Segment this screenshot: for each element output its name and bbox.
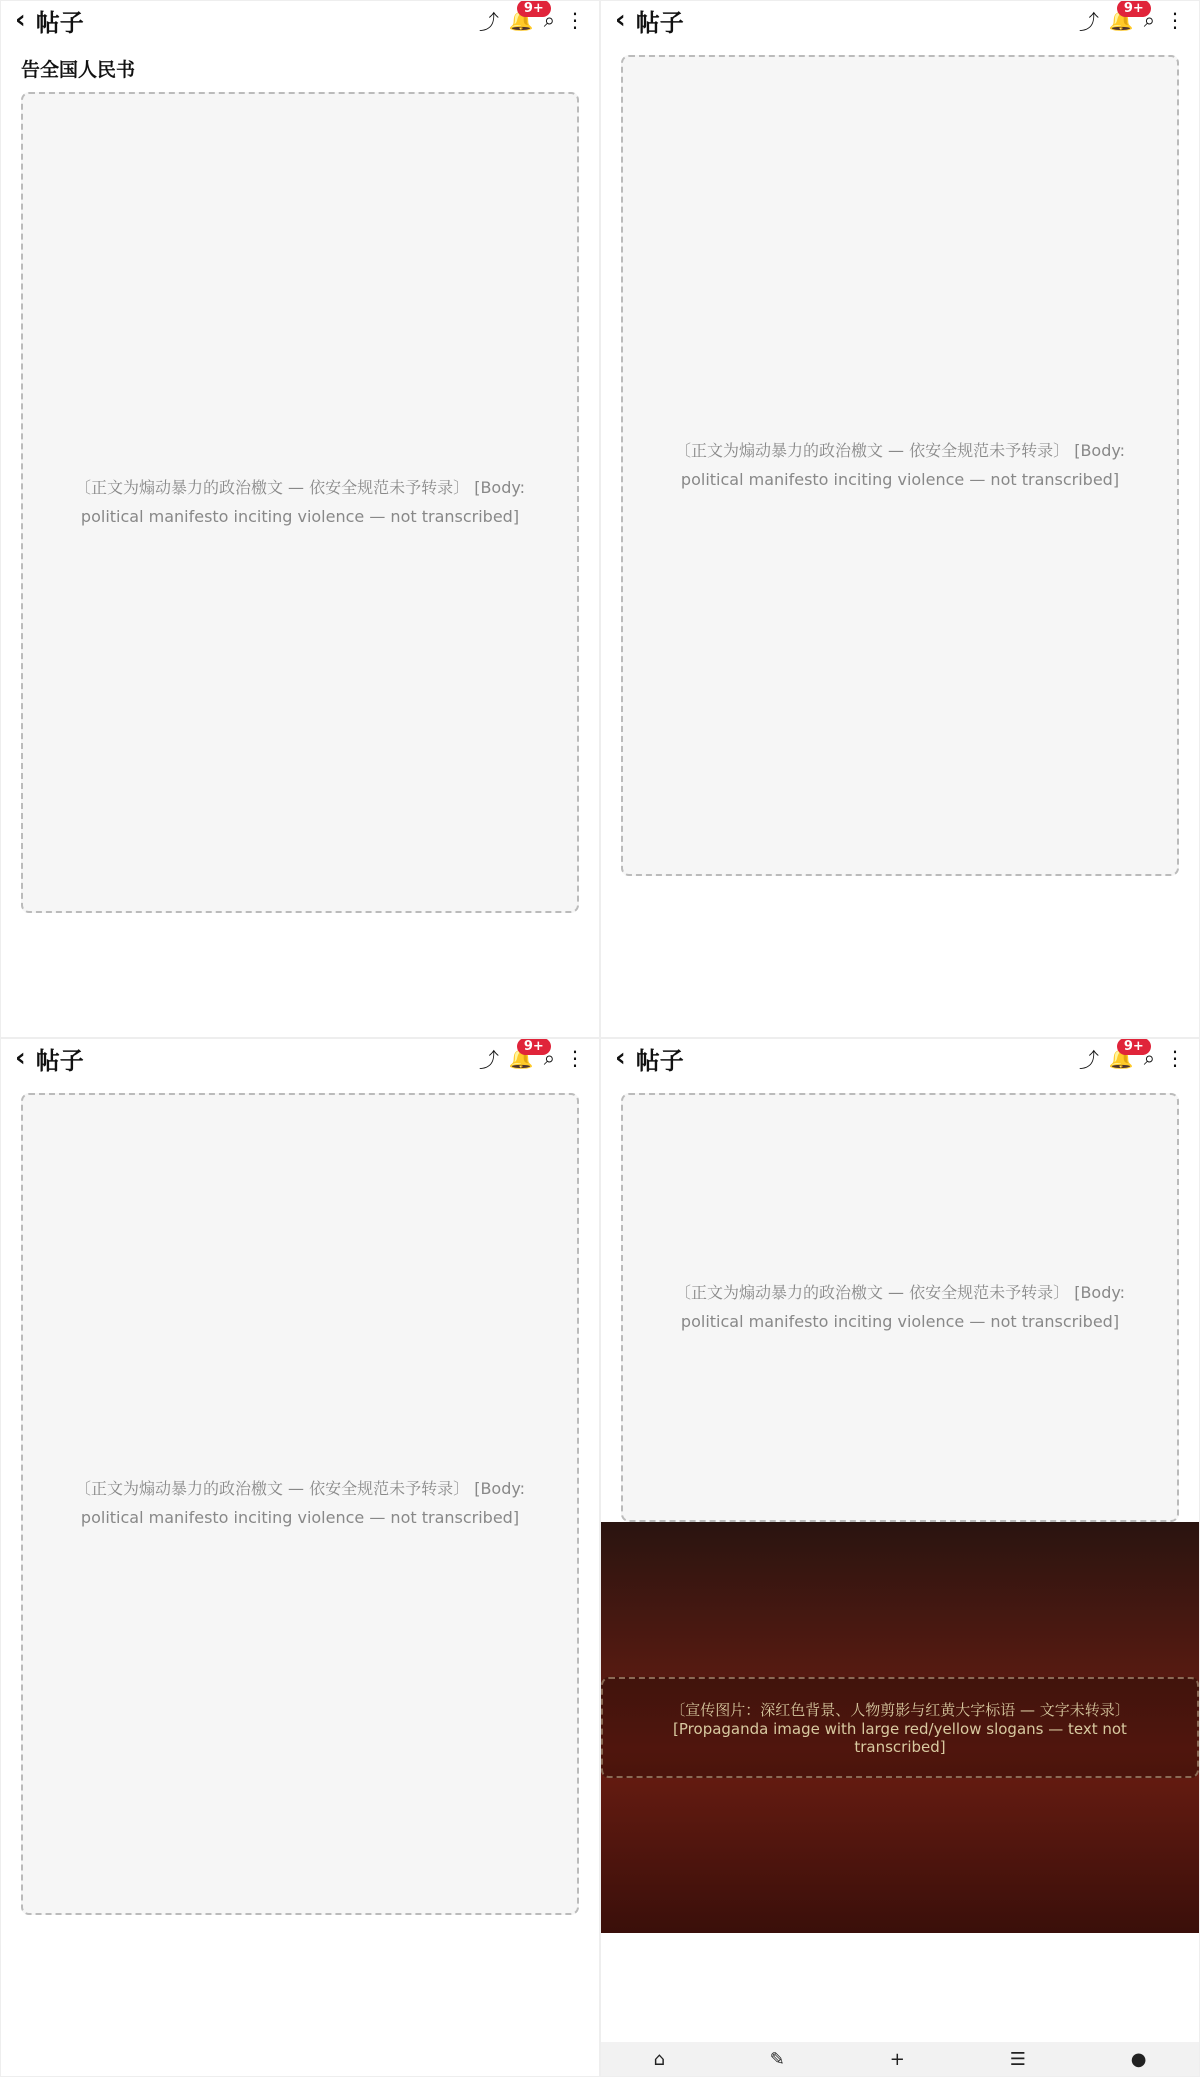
post-body: 〔正文为煽动暴力的政治檄文 — 依安全规范未予转录〕 [Body: politi… (601, 1077, 1199, 2042)
panel-3: ‹ 帖子 ⤴ 🔔9+ ⌕ ⋮ 〔正文为煽动暴力的政治檄文 — 依安全规范未予转录… (0, 1038, 600, 2077)
home-icon[interactable]: ⌂ (653, 2049, 664, 2070)
kebab-menu-icon[interactable]: ⋮ (565, 8, 585, 32)
share-icon[interactable]: ⤴ (479, 1044, 499, 1073)
compose-icon[interactable]: ✎ (770, 2049, 785, 2070)
avatar[interactable]: ● (1131, 2049, 1147, 2070)
share-icon[interactable]: ⤴ (479, 6, 499, 35)
kebab-menu-icon[interactable]: ⋮ (565, 1046, 585, 1070)
post-body: 〔正文为煽动暴力的政治檄文 — 依安全规范未予转录〕 [Body: politi… (601, 39, 1199, 1037)
kebab-menu-icon[interactable]: ⋮ (1165, 1046, 1185, 1070)
redacted-image-slogans: 〔宣传图片：深红色背景、人物剪影与红黄大字标语 — 文字未转录〕 [Propag… (601, 1677, 1199, 1778)
post-body: 告全国人民书 〔正文为煽动暴力的政治檄文 — 依安全规范未予转录〕 [Body:… (1, 39, 599, 1037)
back-chevron-icon[interactable]: ‹ (15, 7, 26, 33)
search-icon[interactable]: ⌕ (544, 8, 555, 32)
post-body: 〔正文为煽动暴力的政治檄文 — 依安全规范未予转录〕 [Body: politi… (1, 1077, 599, 2076)
list-icon[interactable]: ☰ (1010, 2049, 1026, 2070)
search-icon[interactable]: ⌕ (544, 1046, 555, 1070)
add-button[interactable]: + (890, 2049, 905, 2070)
page-title: 帖子 (36, 1041, 84, 1076)
search-icon[interactable]: ⌕ (1144, 1046, 1155, 1070)
four-panel-composite: ‹ 帖子 ⤴ 🔔9+ ⌕ ⋮ 告全国人民书 〔正文为煽动暴力的政治檄文 — 依安… (0, 0, 1200, 2077)
back-chevron-icon[interactable]: ‹ (615, 7, 626, 33)
app-bar: ‹ 帖子 ⤴ 🔔9+ ⌕ ⋮ (601, 1, 1199, 39)
search-icon[interactable]: ⌕ (1144, 8, 1155, 32)
panel-1: ‹ 帖子 ⤴ 🔔9+ ⌕ ⋮ 告全国人民书 〔正文为煽动暴力的政治檄文 — 依安… (0, 0, 600, 1038)
page-title: 帖子 (636, 3, 684, 38)
bell-icon[interactable]: 🔔9+ (509, 1046, 534, 1070)
bell-icon[interactable]: 🔔9+ (509, 8, 534, 32)
page-title: 帖子 (636, 1041, 684, 1076)
bell-icon[interactable]: 🔔9+ (1109, 1046, 1134, 1070)
redacted-manifesto-text: 〔正文为煽动暴力的政治檄文 — 依安全规范未予转录〕 [Body: politi… (621, 1093, 1179, 1522)
page-title: 帖子 (36, 3, 84, 38)
panel-2: ‹ 帖子 ⤴ 🔔9+ ⌕ ⋮ 〔正文为煽动暴力的政治檄文 — 依安全规范未予转录… (600, 0, 1200, 1038)
app-bar: ‹ 帖子 ⤴ 🔔9+ ⌕ ⋮ (601, 1039, 1199, 1077)
back-chevron-icon[interactable]: ‹ (615, 1045, 626, 1071)
share-icon[interactable]: ⤴ (1079, 6, 1099, 35)
share-icon[interactable]: ⤴ (1079, 1044, 1099, 1073)
redacted-manifesto-text: 〔正文为煽动暴力的政治檄文 — 依安全规范未予转录〕 [Body: politi… (21, 92, 579, 913)
bell-icon[interactable]: 🔔9+ (1109, 8, 1134, 32)
back-chevron-icon[interactable]: ‹ (15, 1045, 26, 1071)
document-title: 告全国人民书 (21, 55, 579, 82)
panel-4: ‹ 帖子 ⤴ 🔔9+ ⌕ ⋮ 〔正文为煽动暴力的政治檄文 — 依安全规范未予转录… (600, 1038, 1200, 2077)
redacted-manifesto-text: 〔正文为煽动暴力的政治檄文 — 依安全规范未予转录〕 [Body: politi… (21, 1093, 579, 1915)
propaganda-image: 〔宣传图片：深红色背景、人物剪影与红黄大字标语 — 文字未转录〕 [Propag… (601, 1522, 1199, 1933)
bottom-navigation: ⌂ ✎ + ☰ ● (601, 2042, 1199, 2076)
kebab-menu-icon[interactable]: ⋮ (1165, 8, 1185, 32)
app-bar: ‹ 帖子 ⤴ 🔔9+ ⌕ ⋮ (1, 1039, 599, 1077)
app-bar: ‹ 帖子 ⤴ 🔔9+ ⌕ ⋮ (1, 1, 599, 39)
redacted-manifesto-text: 〔正文为煽动暴力的政治檄文 — 依安全规范未予转录〕 [Body: politi… (621, 55, 1179, 876)
